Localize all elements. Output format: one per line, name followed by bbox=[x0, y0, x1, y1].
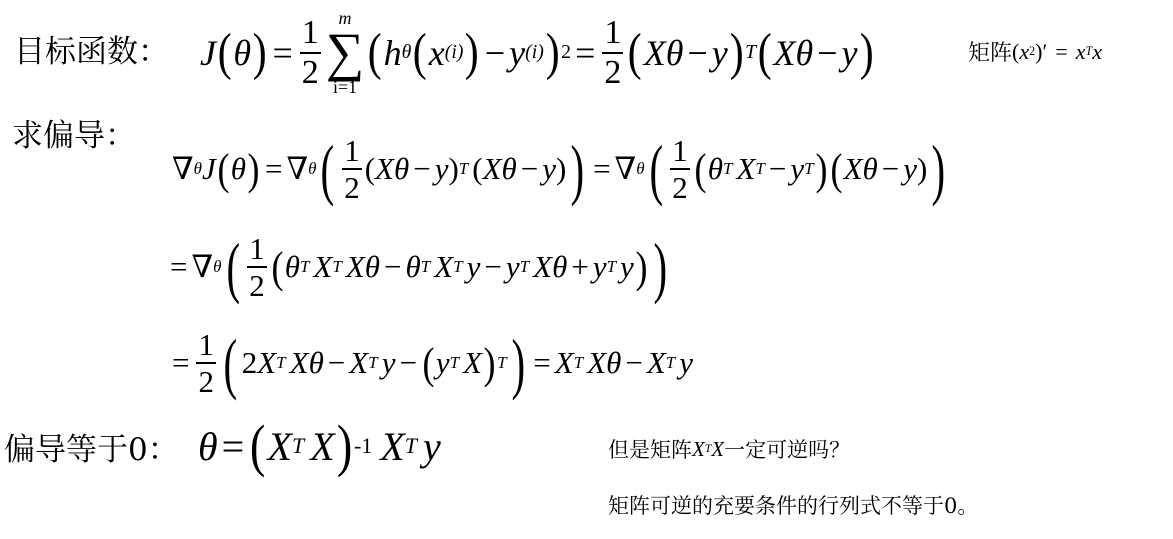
gradient-line-2: = ∇θ ( 12 (θTXTXθ − θTXTy − yTXθ + yTy )… bbox=[170, 224, 672, 310]
objective-equation: J(θ) = 1 2 m ∑ i=1 (hθ(x(i)) − y(i))2 = … bbox=[200, 0, 875, 105]
symbol-h: h bbox=[384, 32, 402, 74]
summation: m ∑ i=1 bbox=[326, 9, 365, 96]
sigma-icon: ∑ bbox=[326, 27, 365, 78]
superscript-t: T bbox=[745, 41, 756, 64]
invertibility-answer: 矩阵可逆的充要条件的行列式不等于0。 bbox=[608, 490, 978, 520]
sum-lower-limit: i=1 bbox=[333, 78, 357, 96]
symbol-x: x bbox=[429, 32, 445, 74]
note-label: 矩阵 bbox=[968, 36, 1012, 67]
question-suffix: 一定可逆吗？ bbox=[724, 434, 850, 464]
nabla-icon: ∇ bbox=[286, 151, 308, 187]
derivative-label: 求偏导： bbox=[12, 110, 136, 155]
nabla-icon: ∇ bbox=[172, 151, 194, 187]
equals-sign: = bbox=[575, 32, 595, 74]
frac-num: 1 bbox=[300, 16, 321, 50]
nabla-icon: ∇ bbox=[615, 151, 637, 187]
superscript-i: (i) bbox=[525, 41, 544, 64]
objective-row: 目标函数： bbox=[14, 0, 169, 105]
subscript-theta: θ bbox=[402, 41, 412, 64]
fraction-half: 1 2 bbox=[300, 16, 321, 90]
gradient-line-3: = 12 ( 2XTXθ − XTy − (yTX)T ) = XTXθ − X… bbox=[172, 320, 693, 406]
superscript-inverse: -1 bbox=[354, 433, 372, 459]
nabla-icon: ∇ bbox=[191, 249, 213, 285]
equals-sign: = bbox=[272, 32, 292, 74]
fraction-half: 12 bbox=[670, 135, 690, 203]
symbol-theta: θ bbox=[233, 32, 251, 74]
question-prefix: 但是矩阵 bbox=[608, 434, 692, 464]
fraction-half: 12 bbox=[342, 135, 362, 203]
symbol-j: J bbox=[200, 32, 216, 74]
objective-label: 目标函数： bbox=[14, 26, 169, 71]
fraction-half: 12 bbox=[196, 329, 216, 397]
frac-den: 2 bbox=[300, 56, 321, 90]
frac-den: 2 bbox=[602, 56, 623, 90]
normal-equation: θ = (XTX)-1 XTy bbox=[198, 412, 441, 480]
set-zero-label: 偏导等于0： bbox=[4, 424, 179, 469]
gradient-line-1: ∇θ J(θ) = ∇θ ( 12 (Xθ−y)T (Xθ−y) ) = ∇θ … bbox=[172, 126, 950, 212]
fraction-half: 12 bbox=[247, 233, 267, 301]
superscript-2: 2 bbox=[561, 41, 571, 64]
superscript-i: (i) bbox=[445, 41, 464, 64]
matrix-derivative-note: 矩阵 (x2)′ = xTx bbox=[968, 36, 1102, 67]
symbol-y: y bbox=[509, 32, 525, 74]
minus-sign: − bbox=[485, 32, 505, 74]
fraction-half: 1 2 bbox=[602, 16, 623, 90]
invertibility-question: 但是矩阵XTX一定可逆吗？ bbox=[608, 434, 850, 464]
frac-num: 1 bbox=[602, 16, 623, 50]
